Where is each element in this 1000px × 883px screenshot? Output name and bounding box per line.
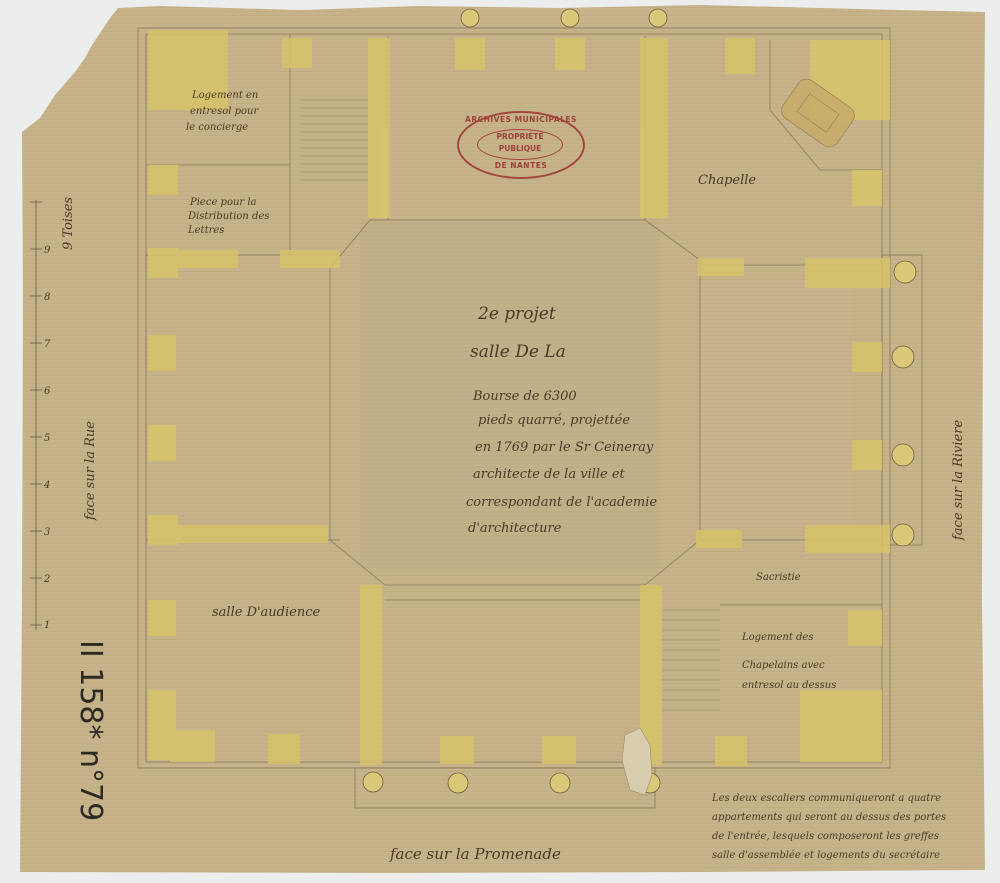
room-chapelle-label: Chapelle [698, 174, 756, 189]
note-line-3: de l'entrée, lesquels composeront les gr… [712, 831, 939, 843]
title-line-8: d'architecture [468, 522, 561, 537]
stamp-inner: PROPRIÉTÉ PUBLIQUE [477, 129, 563, 160]
distribution-line-1: Piece pour la [190, 197, 257, 209]
stamp-outer-bottom: DE NANTES [459, 161, 583, 170]
scale-tick: 8 [44, 292, 50, 304]
stamp-inner-line1: PROPRIÉTÉ [478, 131, 562, 143]
chapelains-line-3: entresol au dessus [742, 680, 836, 692]
note-line-4: salle d'assemblée et logements du secrét… [712, 850, 940, 862]
distribution-line-2: Distribution des [188, 211, 270, 223]
scale-tick: 3 [44, 527, 50, 539]
room-sacristie-label: Sacristie [756, 572, 801, 584]
concierge-line-3: le concierge [186, 122, 248, 134]
scale-tick: 7 [44, 339, 50, 351]
scale-tick: 4 [44, 480, 50, 492]
note-line-2: appartements qui seront au dessus des po… [712, 812, 946, 824]
scale-tick: 1 [44, 620, 50, 632]
title-line-7: correspondant de l'academie [466, 496, 657, 511]
facade-right-label: face sur la Riviere [952, 420, 967, 540]
facade-left-label: face sur la Rue [84, 421, 99, 520]
room-audience-label: salle D'audience [212, 606, 320, 621]
scale-tick: 5 [44, 433, 50, 445]
title-line-6: architecte de la ville et [473, 468, 625, 483]
note-line-1: Les deux escaliers communiqueront a quat… [712, 793, 941, 805]
title-line-3: Bourse de 6300 [473, 390, 577, 405]
chapelains-line-2: Chapelains avec [742, 660, 825, 672]
concierge-line-2: entresol pour [190, 106, 258, 118]
facade-bottom-label: face sur la Promenade [390, 846, 561, 863]
archives-stamp: ARCHIVES MUNICIPALES PROPRIÉTÉ PUBLIQUE … [457, 111, 585, 179]
stamp-outer-top: ARCHIVES MUNICIPALES [459, 115, 583, 124]
scale-tick: 6 [44, 386, 50, 398]
chapelains-line-1: Logement des [742, 632, 813, 644]
catalog-number: II 158* n°79 [73, 640, 108, 821]
title-line-1: 2e projet [478, 305, 556, 325]
scale-tick: 2 [44, 574, 50, 586]
title-line-5: en 1769 par le Sr Ceineray [475, 441, 653, 456]
stamp-inner-line2: PUBLIQUE [478, 143, 562, 155]
distribution-line-3: Lettres [188, 225, 224, 237]
scale-label: 9 Toises [62, 197, 77, 250]
title-line-4: pieds quarré, projettée [478, 414, 630, 429]
title-line-2: salle De La [470, 343, 566, 363]
concierge-line-1: Logement en [192, 90, 258, 102]
scale-tick: 9 [44, 245, 50, 257]
